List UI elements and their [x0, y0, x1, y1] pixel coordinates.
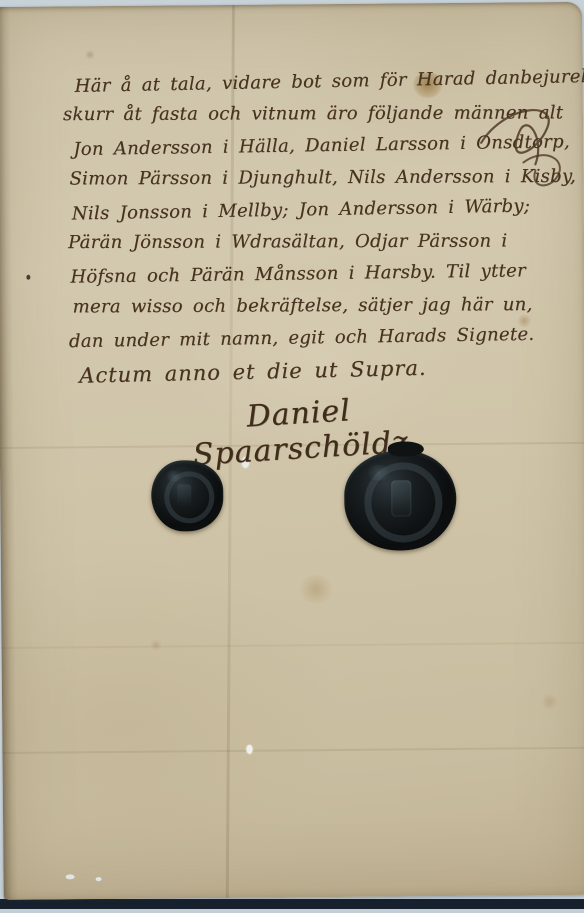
seal-wax-drip	[388, 441, 424, 456]
manuscript-line: Höfsna och Pärän Månsson i Harsby. Til y…	[70, 255, 568, 294]
manuscript-page: Här å at tala, vidare bot som för Harad …	[0, 2, 584, 900]
manuscript-line: Nils Jonsson i Mellby; Jon Andersson i W…	[72, 190, 568, 231]
seal-crest	[391, 480, 411, 516]
backdrop-bottom-bar	[0, 899, 584, 909]
foxing-stain	[540, 694, 559, 709]
ink-speck	[26, 275, 30, 280]
horizontal-crease	[2, 642, 584, 649]
paper-hole	[246, 745, 252, 754]
wax-seal-large	[344, 450, 457, 551]
manuscript-line: Jon Andersson i Hälla, Daniel Larsson i …	[73, 126, 567, 166]
manuscript-line: Pärän Jönsson i Wdrasältan, Odjar Pärsso…	[68, 225, 568, 259]
photo-backdrop: Här å at tala, vidare bot som för Harad …	[0, 0, 584, 913]
wax-seal-small	[151, 460, 224, 532]
manuscript-line: skurr åt fasta och vitnum äro följande m…	[63, 97, 567, 131]
horizontal-crease	[3, 747, 584, 754]
manuscript-text: Här å at tala, vidare bot som för Harad …	[67, 64, 570, 388]
seal-crest	[177, 484, 191, 506]
left-edge-shadow	[0, 7, 18, 900]
paper-chip	[96, 877, 102, 881]
foxing-stain	[297, 575, 335, 603]
paper-chip	[66, 874, 75, 879]
foxing-stain	[84, 50, 95, 59]
manuscript-line: mera wisso och bekräftelse, sätjer jag h…	[73, 289, 569, 324]
